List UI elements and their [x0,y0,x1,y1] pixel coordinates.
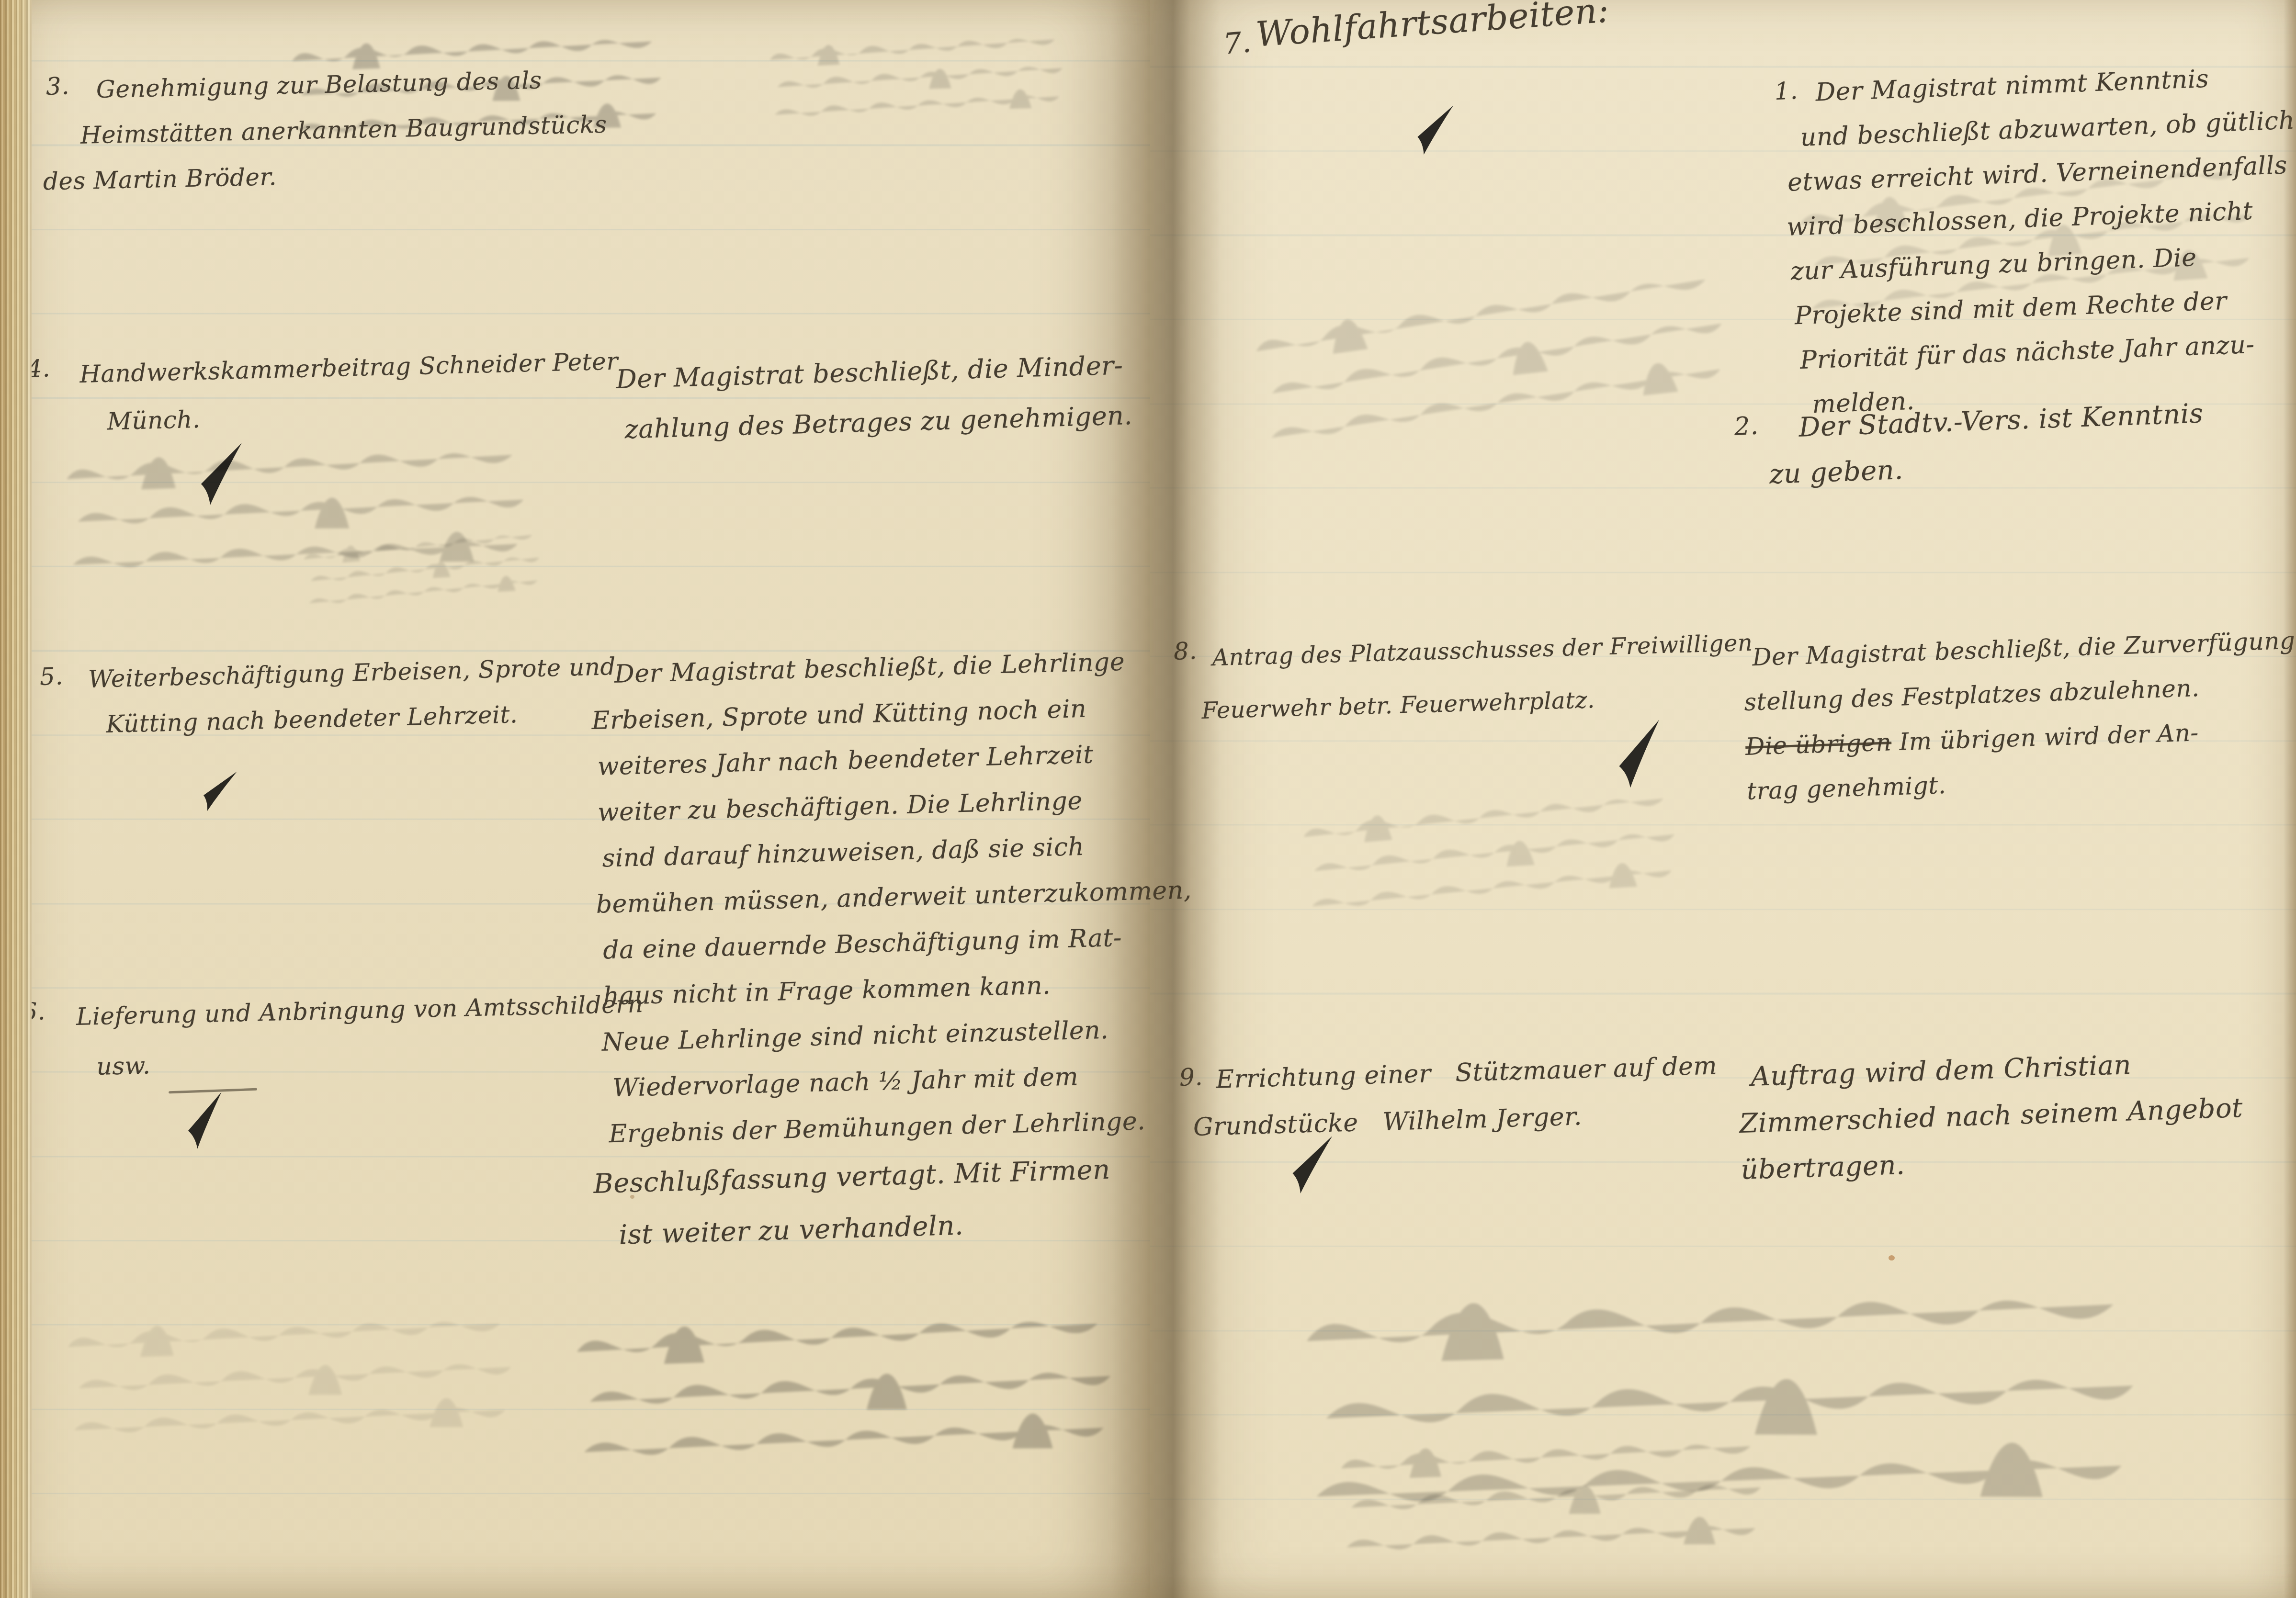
bleedthrough-ghost [565,1206,1142,1589]
item-number: 5. [39,662,64,691]
handwriting-text: Im übrigen wird der An- [1891,719,2199,756]
book-gutter [1111,0,1235,1598]
ledger-scan: { "palette": { "ink": "#453d30", "ghost_… [0,0,2296,1598]
bleedthrough-ghost [709,16,1135,148]
agenda-item-3-topic: Genehmigung zur Belastung des als Heimst… [96,56,609,203]
section-7-resolution-2: Der Stadtv.-Vers. ist Kenntnis zu geben. [1767,391,2206,498]
agenda-item-5-topic: Weiterbeschäftigung Erbeisen, Sprote und… [88,644,617,748]
bleedthrough-ghost [57,1209,538,1561]
sub-item-number: 2. [1733,411,1759,441]
agenda-item-6-topic: Lieferung und Anbringung von Amtsschilde… [76,979,645,1092]
section-7-resolution-1: Der Magistrat nimmt Kenntnis und beschli… [1781,54,2296,428]
agenda-item-8-topic: Antrag des Platzausschusses der Freiwill… [1199,617,1755,737]
agenda-item-4-resolution: Der Magistrat beschließt, die Minder- za… [615,340,1133,455]
book-edge [0,0,32,1598]
agenda-item-9-topic: Errichtung einer Stützmauer auf dem Grun… [1191,1042,1719,1151]
agenda-item-5-resolution: Der Magistrat beschließt, die Lehrlinge … [590,638,1198,1158]
ink-stain [630,1195,634,1199]
bleedthrough-ghost [1226,113,1776,618]
bleedthrough-ghost [1245,1415,1873,1594]
agenda-item-4-topic: Handwerkskammerbeitrag Schneider Peter M… [79,338,620,446]
item-number: 3. [45,72,70,101]
agenda-item-8-resolution: Der Magistrat beschließt, die Zurverfügu… [1742,618,2296,814]
agenda-item-6-resolution: Beschlußfassung vertagt. Mit Firmen ist … [593,1144,1112,1262]
bleedthrough-ghost [297,495,556,651]
struck-text: Die übrigen [1745,728,1892,761]
checkmark-flourish [181,1086,227,1161]
page-right-edge [2284,0,2296,1598]
ink-stain [1889,1255,1895,1260]
agenda-item-9-resolution: Auftrag wird dem Christian Zimmerschied … [1737,1038,2245,1193]
